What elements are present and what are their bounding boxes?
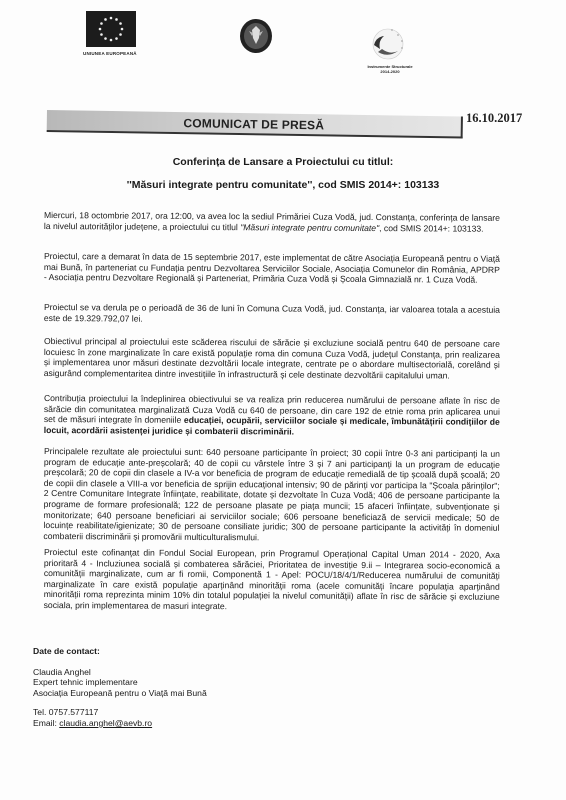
contact-title: Date de contact:	[33, 646, 207, 657]
contact-email-row: Email: claudia.anghel@aevb.ro	[33, 718, 207, 729]
p1-text-b: , cod SMIS 2014+: 103133.	[379, 223, 483, 234]
contact-name: Claudia Anghel	[33, 667, 207, 678]
contact-organization: Asociația Europeană pentru o Viață mai B…	[33, 688, 207, 699]
paragraph-event-announcement: Miercuri, 18 octombrie 2017, ora 12:00, …	[44, 210, 500, 234]
contact-email-label: Email:	[33, 718, 59, 728]
eu-logo-label: UNIUNEA EUROPEANĂ	[83, 51, 137, 56]
structural-instruments-period: 2014-2020	[360, 69, 420, 74]
contact-email-link[interactable]: claudia.anghel@aevb.ro	[59, 718, 152, 728]
project-title-heading: ''Măsuri integrate pentru comunitate'', …	[0, 179, 566, 191]
contact-phone: Tel. 0757.577117	[33, 707, 207, 718]
document-date: 16.10.2017	[466, 111, 522, 126]
structural-instruments-logo-icon	[368, 25, 408, 63]
structural-instruments-label: Instrumente Structurale 2014-2020	[360, 64, 420, 74]
paragraph-partners: Proiectul, care a demarat în data de 15 …	[44, 251, 500, 286]
contact-block: Date de contact: Claudia Anghel Expert t…	[33, 646, 207, 729]
press-release-banner: COMUNICAT DE PRESĂ	[47, 110, 463, 139]
eu-stars-icon	[86, 11, 136, 47]
conference-heading: Conferința de Lansare a Proiectului cu t…	[0, 156, 566, 168]
p1-project-title: "Măsuri integrate pentru comunitate"	[240, 222, 379, 233]
banner-title: COMUNICAT DE PRESĂ	[47, 114, 461, 135]
press-release-page: UNIUNEA EUROPEANĂ Instrumente Structural…	[0, 0, 566, 800]
paragraph-funding: Proiectul este cofinanțat din Fondul Soc…	[44, 547, 500, 613]
paragraph-main-objective: Obiectivul principal al proiectului este…	[44, 336, 500, 381]
romanian-government-emblem-icon	[239, 18, 273, 54]
paragraph-contribution: Contribuția proiectului la îndeplinirea …	[44, 393, 500, 438]
paragraph-duration-value: Proiectul se va derula pe o perioadă de …	[44, 302, 500, 326]
paragraph-main-results: Principalele rezultate ale proiectului s…	[43, 446, 500, 544]
contact-role: Expert tehnic implementare	[33, 677, 207, 688]
eu-flag-logo	[86, 11, 136, 47]
